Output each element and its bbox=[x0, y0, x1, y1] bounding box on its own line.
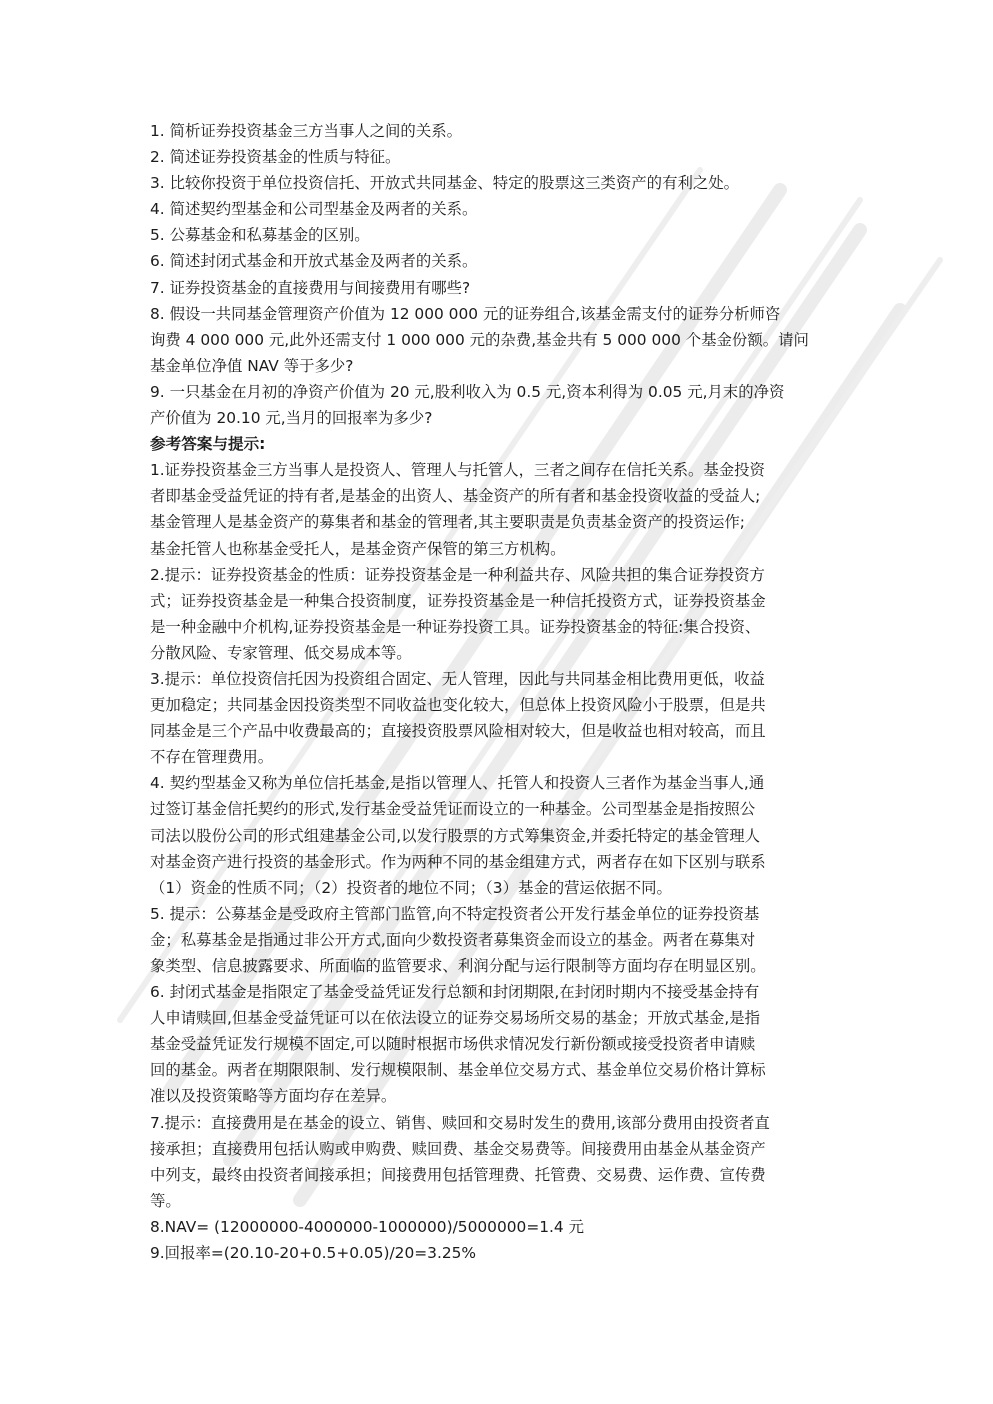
answer-1-line-1: 1.证券投资基金三方当事人是投资人、管理人与托管人，三者之间存在信托关系。基金投… bbox=[150, 457, 844, 483]
answer-1-line-4: 基金托管人也称基金受托人，是基金资产保管的第三方机构。 bbox=[150, 536, 844, 562]
answer-2-line-3: 是一种金融中介机构,证券投资基金是一种证券投资工具。证券投资基金的特征:集合投资… bbox=[150, 614, 844, 640]
answer-6-line-1: 6. 封闭式基金是指限定了基金受益凭证发行总额和封闭期限,在封闭时期内不接受基金… bbox=[150, 979, 844, 1005]
answer-1-line-2: 者即基金受益凭证的持有者,是基金的出资人、基金资产的所有者和基金投资收益的受益人… bbox=[150, 483, 844, 509]
answer-4-line-4: 对基金资产进行投资的基金形式。作为两种不同的基金组建方式，两者存在如下区别与联系 bbox=[150, 849, 844, 875]
question-4: 4. 简述契约型基金和公司型基金及两者的关系。 bbox=[150, 196, 844, 222]
question-7: 7. 证券投资基金的直接费用与间接费用有哪些? bbox=[150, 275, 844, 301]
answer-3-line-3: 同基金是三个产品中收费最高的；直接投资股票风险相对较大，但是收益也相对较高，而且 bbox=[150, 718, 844, 744]
question-8-line-2: 询费 4 000 000 元,此外还需支付 1 000 000 元的杂费,基金共… bbox=[150, 327, 844, 353]
question-9-line-2: 产价值为 20.10 元,当月的回报率为多少? bbox=[150, 405, 844, 431]
answer-7-line-3: 中列支，最终由投资者间接承担；间接费用包括管理费、托管费、交易费、运作费、宣传费 bbox=[150, 1162, 844, 1188]
question-8-line-3: 基金单位净值 NAV 等于多少? bbox=[150, 353, 844, 379]
answer-6-line-5: 准以及投资策略等方面均存在差异。 bbox=[150, 1083, 844, 1109]
answer-4-line-3: 司法以股份公司的形式组建基金公司,以发行股票的方式筹集资金,并委托特定的基金管理… bbox=[150, 823, 844, 849]
answer-4-line-5: （1）资金的性质不同；（2）投资者的地位不同；（3）基金的营运依据不同。 bbox=[150, 875, 844, 901]
answer-7-line-2: 接承担；直接费用包括认购或申购费、赎回费、基金交易费等。间接费用由基金从基金资产 bbox=[150, 1136, 844, 1162]
answer-6-line-2: 人申请赎回,但基金受益凭证可以在依法设立的证券交易场所交易的基金；开放式基金,是… bbox=[150, 1005, 844, 1031]
answer-9: 9.回报率=(20.10-20+0.5+0.05)/20=3.25% bbox=[150, 1240, 844, 1266]
question-3: 3. 比较你投资于单位投资信托、开放式共同基金、特定的股票这三类资产的有利之处。 bbox=[150, 170, 844, 196]
question-2: 2. 简述证券投资基金的性质与特征。 bbox=[150, 144, 844, 170]
question-5: 5. 公募基金和私募基金的区别。 bbox=[150, 222, 844, 248]
answer-5-line-1: 5. 提示：公募基金是受政府主管部门监管,向不特定投资者公开发行基金单位的证券投… bbox=[150, 901, 844, 927]
answer-3-line-1: 3.提示：单位投资信托因为投资组合固定、无人管理，因此与共同基金相比费用更低，收… bbox=[150, 666, 844, 692]
answer-8: 8.NAV= (12000000-4000000-1000000)/500000… bbox=[150, 1214, 844, 1240]
answer-7-line-4: 等。 bbox=[150, 1188, 844, 1214]
answer-4-line-2: 过签订基金信托契约的形式,发行基金受益凭证而设立的一种基金。公司型基金是指按照公 bbox=[150, 796, 844, 822]
document-page: 1. 简析证券投资基金三方当事人之间的关系。 2. 简述证券投资基金的性质与特征… bbox=[150, 118, 844, 1266]
answers-heading: 参考答案与提示: bbox=[150, 431, 844, 457]
answer-6-line-4: 回的基金。两者在期限限制、发行规模限制、基金单位交易方式、基金单位交易价格计算标 bbox=[150, 1057, 844, 1083]
answer-7-line-1: 7.提示：直接费用是在基金的设立、销售、赎回和交易时发生的费用,该部分费用由投资… bbox=[150, 1110, 844, 1136]
question-8-line-1: 8. 假设一共同基金管理资产价值为 12 000 000 元的证券组合,该基金需… bbox=[150, 301, 844, 327]
answer-2-line-1: 2.提示：证券投资基金的性质：证券投资基金是一种利益共存、风险共担的集合证券投资… bbox=[150, 562, 844, 588]
answer-1-line-3: 基金管理人是基金资产的募集者和基金的管理者,其主要职责是负责基金资产的投资运作; bbox=[150, 509, 844, 535]
question-9-line-1: 9. 一只基金在月初的净资产价值为 20 元,股利收入为 0.5 元,资本利得为… bbox=[150, 379, 844, 405]
answer-3-line-4: 不存在管理费用。 bbox=[150, 744, 844, 770]
question-1: 1. 简析证券投资基金三方当事人之间的关系。 bbox=[150, 118, 844, 144]
answer-5-line-3: 象类型、信息披露要求、所面临的监管要求、利润分配与运行限制等方面均存在明显区别。 bbox=[150, 953, 844, 979]
answer-2-line-4: 分散风险、专家管理、低交易成本等。 bbox=[150, 640, 844, 666]
answer-5-line-2: 金；私募基金是指通过非公开方式,面向少数投资者募集资金而设立的基金。两者在募集对 bbox=[150, 927, 844, 953]
question-6: 6. 简述封闭式基金和开放式基金及两者的关系。 bbox=[150, 248, 844, 274]
answer-4-line-1: 4. 契约型基金又称为单位信托基金,是指以管理人、托管人和投资人三者作为基金当事… bbox=[150, 770, 844, 796]
answer-6-line-3: 基金受益凭证发行规模不固定,可以随时根据市场供求情况发行新份额或接受投资者申请赎 bbox=[150, 1031, 844, 1057]
answer-2-line-2: 式；证券投资基金是一种集合投资制度，证券投资基金是一种信托投资方式，证券投资基金 bbox=[150, 588, 844, 614]
answer-3-line-2: 更加稳定；共同基金因投资类型不同收益也变化较大，但总体上投资风险小于股票，但是共 bbox=[150, 692, 844, 718]
